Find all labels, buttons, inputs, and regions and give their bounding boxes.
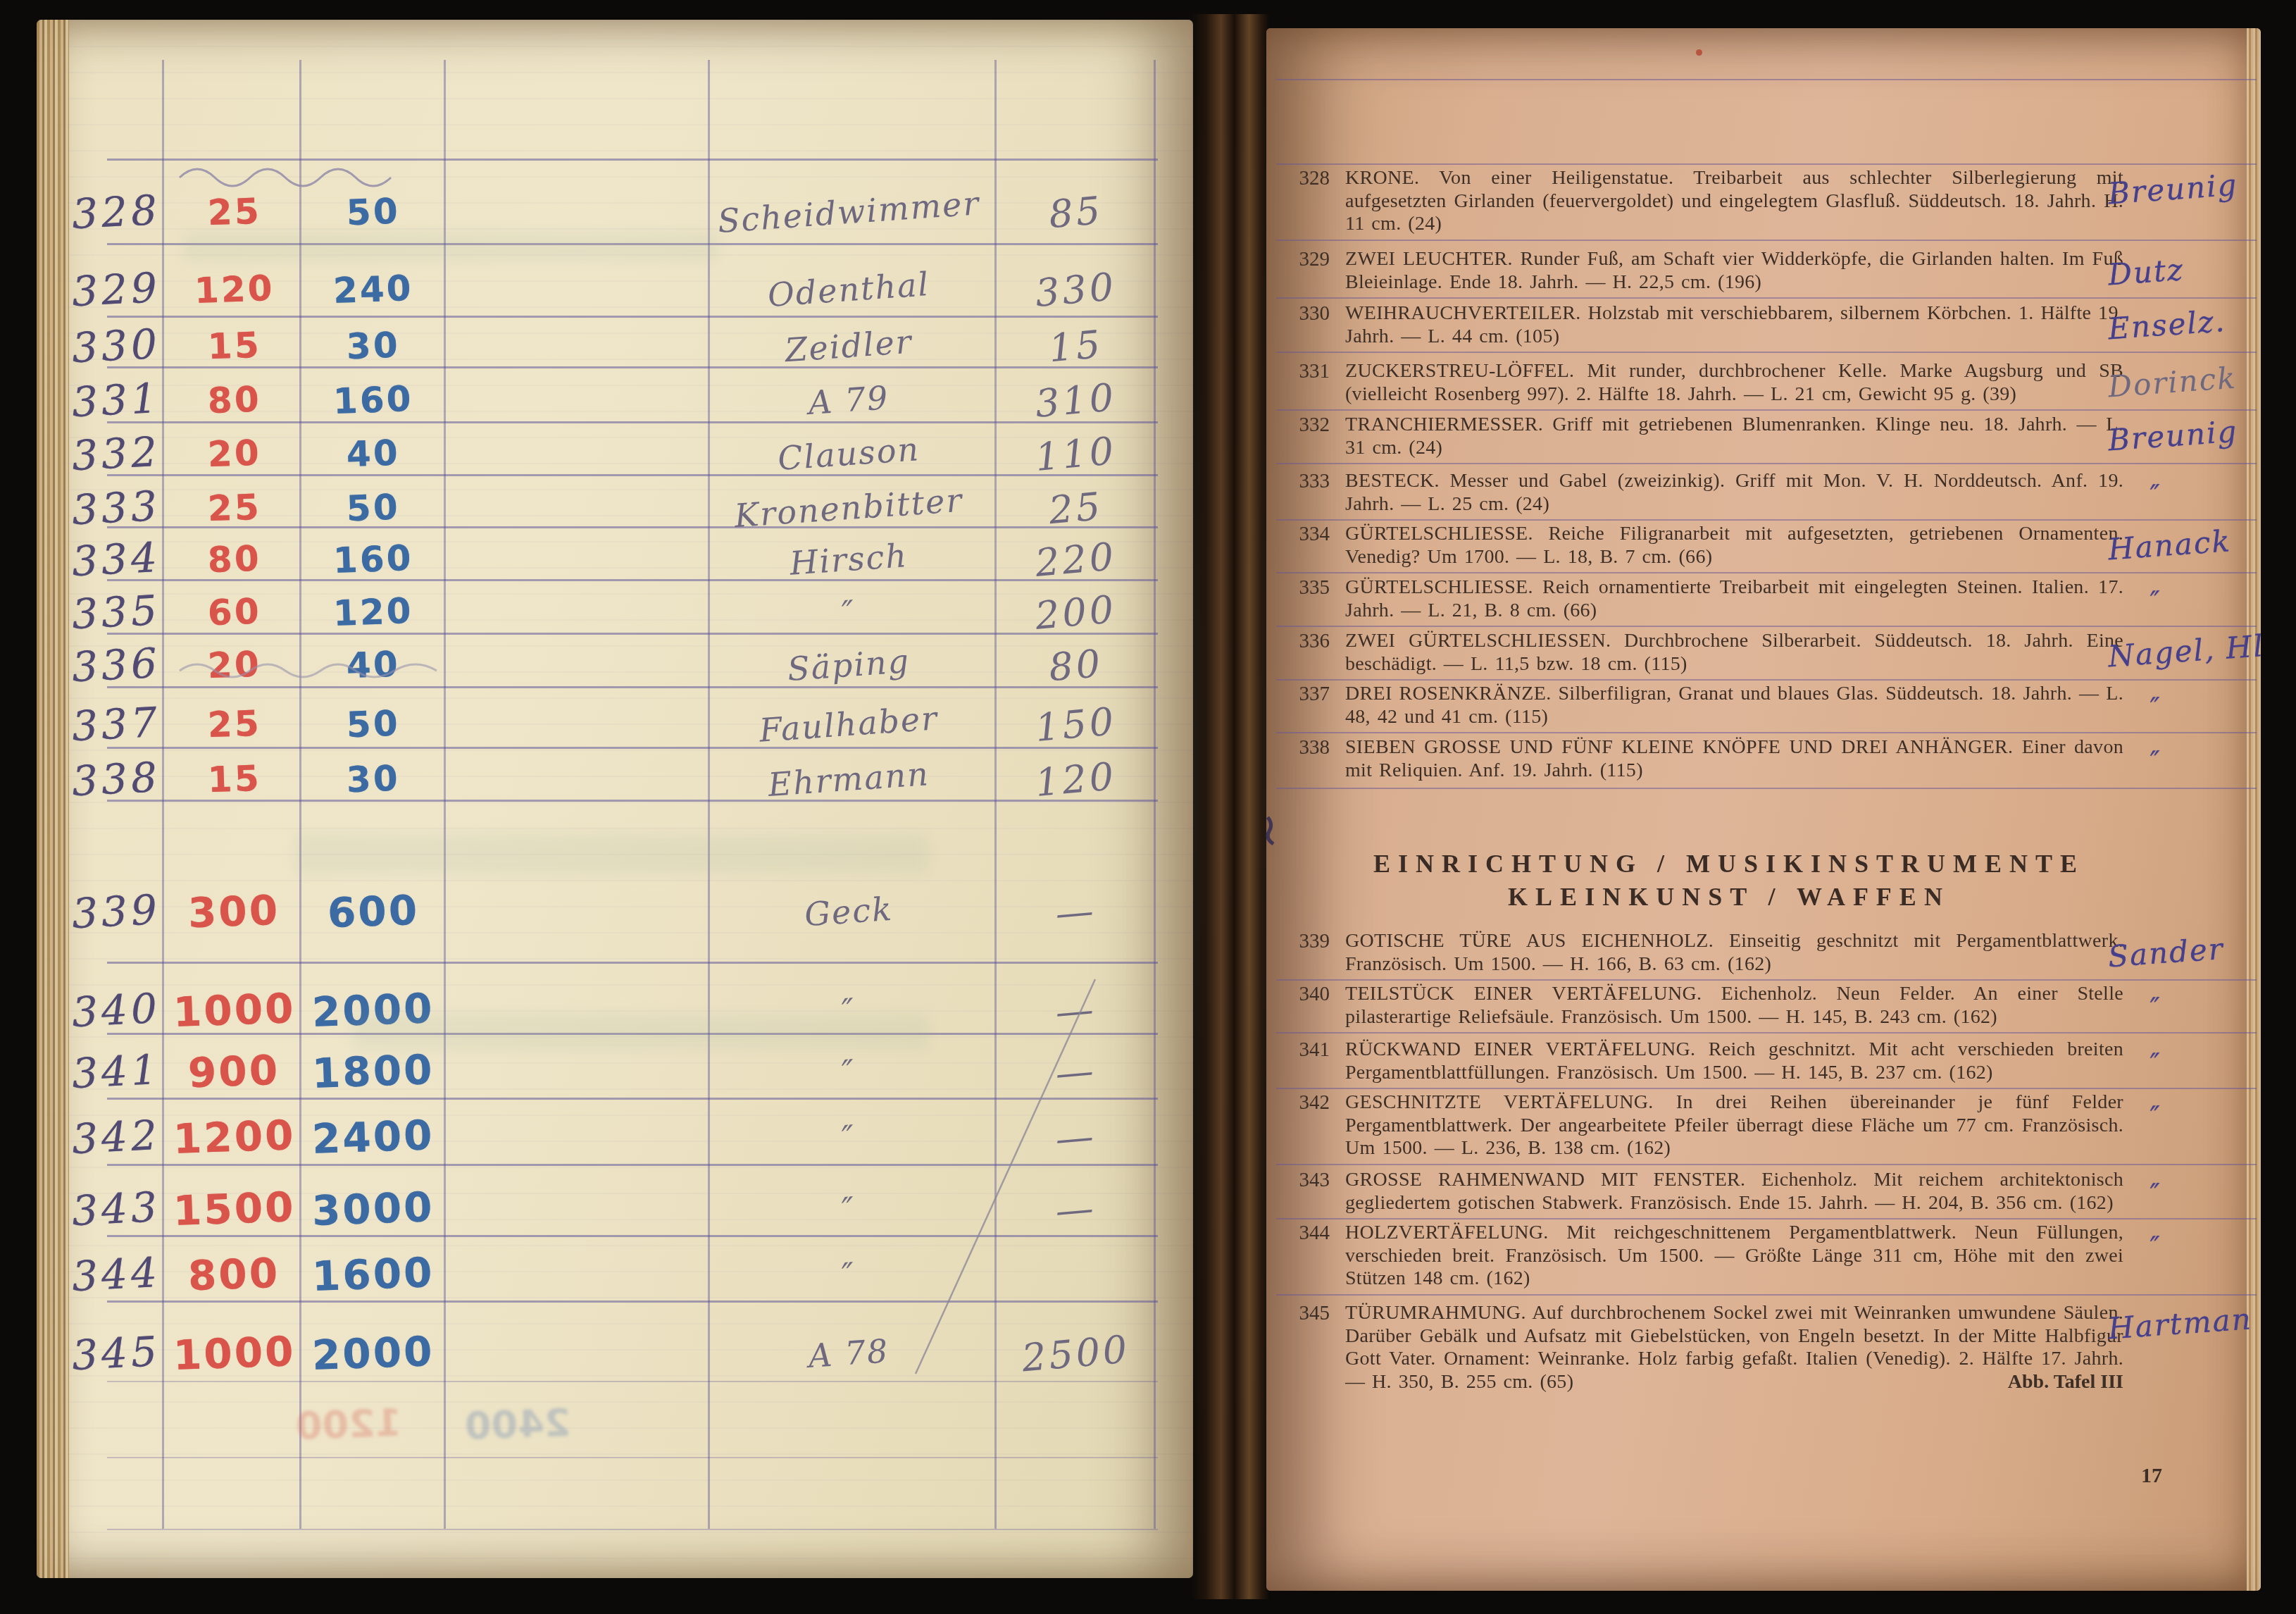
buyer-name: ″ xyxy=(703,1102,994,1172)
double-estimate-value: 50 xyxy=(303,483,444,533)
double-estimate-value: 30 xyxy=(303,754,444,805)
estimate-number: 20 xyxy=(207,644,262,687)
doubled-number: 50 xyxy=(346,487,401,530)
doubled-number: 40 xyxy=(346,433,401,476)
binding-gutter xyxy=(1192,14,1269,1599)
entry-number: 331 xyxy=(1269,360,1330,383)
margin-annotation: Dutz xyxy=(2107,244,2261,292)
entry-text: KRONE. Von einer Heiligenstatue. Treibar… xyxy=(1345,167,2123,236)
estimate-value: 20 xyxy=(169,640,299,690)
entry-number: 342 xyxy=(1269,1091,1330,1115)
estimate-number: 15 xyxy=(207,325,262,368)
doubled-number: 1800 xyxy=(311,1045,435,1098)
hammer-price: — xyxy=(994,1039,1156,1103)
estimate-value: 1000 xyxy=(169,985,299,1036)
estimate-value: 25 xyxy=(169,187,299,237)
bleed-through-smudge xyxy=(296,835,930,874)
entry-number: 341 xyxy=(1269,1038,1330,1062)
estimate-number: 120 xyxy=(194,268,275,311)
entry-text: SIEBEN GROSSE UND FÜNF KLEINE KNÖPFE UND… xyxy=(1345,736,2123,782)
entry-text: GÜRTELSCHLIESSE. Reich ornamentierte Tre… xyxy=(1345,576,2123,622)
red-speck xyxy=(1696,49,1702,56)
estimate-number: 300 xyxy=(187,886,280,937)
lot-number: 345 xyxy=(69,1326,163,1382)
hammer-price: 85 xyxy=(994,180,1156,244)
ledger-row-divider xyxy=(107,1529,1158,1530)
estimate-value: 15 xyxy=(169,321,299,371)
entry-text: ZUCKERSTREU-LÖFFEL. Mit runder, durchbro… xyxy=(1345,360,2123,406)
margin-annotation: ″ xyxy=(2150,679,2261,724)
margin-annotation: ″ xyxy=(2150,979,2261,1024)
entry-number: 339 xyxy=(1269,930,1330,953)
bleed-through-smudge xyxy=(183,232,718,261)
entry-divider xyxy=(1276,1218,2257,1219)
lot-number: 335 xyxy=(69,585,163,640)
margin-annotation: Hartman xyxy=(2107,1298,2261,1346)
lot-number: 341 xyxy=(69,1044,163,1100)
double-estimate-value: 1800 xyxy=(303,1046,444,1097)
entry-divider xyxy=(1276,163,2257,165)
double-estimate-value: 2400 xyxy=(303,1112,444,1162)
margin-annotation: ″ xyxy=(2150,1088,2261,1132)
section-heading-line2: KLEINKUNST / WAFFEN xyxy=(1303,882,2155,912)
doubled-number: 30 xyxy=(346,325,401,368)
estimate-value: 1500 xyxy=(169,1184,299,1234)
entry-text: GROSSE RAHMENWAND MIT FENSTER. Eichenhol… xyxy=(1345,1169,2123,1215)
doubled-number: 120 xyxy=(332,590,413,634)
ledger-row-divider xyxy=(107,962,1158,964)
estimate-number: 800 xyxy=(187,1249,280,1300)
lot-number: 344 xyxy=(69,1247,163,1303)
estimate-number: 60 xyxy=(207,591,262,634)
doubled-number: 160 xyxy=(332,378,413,422)
double-estimate-value: 160 xyxy=(303,375,444,426)
doubled-number: 30 xyxy=(346,758,401,801)
entry-divider xyxy=(1276,79,2257,80)
estimate-value: 300 xyxy=(169,886,299,937)
estimate-value: 1000 xyxy=(169,1328,299,1379)
entry-number: 344 xyxy=(1269,1222,1330,1245)
ledger-row-divider xyxy=(107,1300,1158,1303)
entry-text: GOTISCHE TÜRE AUS EICHENHOLZ. Einseitig … xyxy=(1345,930,2123,976)
buyer-name: ″ xyxy=(703,1239,994,1310)
margin-annotation: ″ xyxy=(2150,733,2261,777)
double-estimate-value: 120 xyxy=(303,587,444,638)
entry-divider xyxy=(1276,1088,2257,1089)
estimate-number: 25 xyxy=(207,487,262,530)
lot-number: 336 xyxy=(69,638,163,693)
estimate-value: 25 xyxy=(169,483,299,533)
lot-number: 328 xyxy=(69,185,163,240)
doubled-number: 2400 xyxy=(311,1111,435,1163)
estimate-value: 120 xyxy=(169,264,299,315)
entry-number: 332 xyxy=(1269,414,1330,437)
right-page-catalog: EINRICHTUNG / MUSIKINSTRUMENTE KLEINKUNS… xyxy=(1266,28,2261,1591)
bleed-through-red-number: 1200 xyxy=(295,1400,402,1448)
double-estimate-value: 3000 xyxy=(303,1184,444,1234)
ledger-column-divider xyxy=(444,60,446,1529)
margin-annotation: Breunig xyxy=(2107,410,2261,458)
lot-number: 342 xyxy=(69,1110,163,1165)
ledger-column-divider xyxy=(299,60,301,1529)
entry-text: GESCHNITZTE VERTÄFELUNG. In drei Reihen … xyxy=(1345,1091,2123,1160)
double-estimate-value: 2000 xyxy=(303,1328,444,1379)
margin-annotation: ″ xyxy=(2150,573,2261,617)
entry-text: TEILSTÜCK EINER VERTÄFELUNG. Eichenholz.… xyxy=(1345,983,2123,1029)
lot-number: 330 xyxy=(69,318,163,374)
plate-reference: Abb. Tafel III xyxy=(1859,1371,2123,1393)
hammer-price: — xyxy=(994,1105,1156,1169)
doubled-number: 240 xyxy=(332,268,413,311)
entry-divider xyxy=(1276,352,2257,353)
ledger-row-divider xyxy=(107,1457,1158,1458)
entry-divider xyxy=(1276,732,2257,733)
entry-divider xyxy=(1276,1032,2257,1033)
buyer-name: Scheidwimmer xyxy=(703,177,994,247)
buyer-name: A 78 xyxy=(703,1318,994,1389)
lot-number: 339 xyxy=(69,884,163,940)
estimate-number: 25 xyxy=(207,191,262,234)
estimate-value: 900 xyxy=(169,1046,299,1097)
entry-number: 328 xyxy=(1269,167,1330,190)
margin-annotation: Enselz. xyxy=(2107,299,2261,347)
lot-number: 333 xyxy=(69,480,163,536)
hammer-price: — xyxy=(994,879,1156,943)
estimate-value: 1200 xyxy=(169,1112,299,1162)
estimate-value: 15 xyxy=(169,754,299,805)
entry-number: 340 xyxy=(1269,983,1330,1006)
buyer-name: Geck xyxy=(703,876,994,947)
estimate-number: 1000 xyxy=(173,984,297,1036)
estimate-number: 1000 xyxy=(173,1327,297,1379)
doubled-number: 40 xyxy=(346,644,401,687)
estimate-value: 60 xyxy=(169,587,299,638)
entry-text: ZWEI LEUCHTER. Runder Fuß, am Schaft vie… xyxy=(1345,248,2123,294)
double-estimate-value: 1600 xyxy=(303,1249,444,1300)
entry-number: 335 xyxy=(1269,576,1330,600)
entry-divider xyxy=(1276,626,2257,627)
entry-text: DREI ROSENKRÄNZE. Silberfiligran, Granat… xyxy=(1345,683,2123,728)
estimate-value: 80 xyxy=(169,534,299,585)
entry-number: 338 xyxy=(1269,736,1330,759)
estimate-value: 25 xyxy=(169,699,299,750)
entry-text: TRANCHIERMESSER. Griff mit getriebenen B… xyxy=(1345,414,2123,459)
estimate-number: 80 xyxy=(207,538,262,581)
entry-number: 333 xyxy=(1269,470,1330,493)
entry-text: RÜCKWAND EINER VERTÄFELUNG. Reich geschn… xyxy=(1345,1038,2123,1084)
entry-divider xyxy=(1276,463,2257,464)
lot-number: 340 xyxy=(69,983,163,1038)
section-heading-line1: EINRICHTUNG / MUSIKINSTRUMENTE xyxy=(1303,849,2155,879)
doubled-number: 50 xyxy=(346,191,401,234)
lot-number: 338 xyxy=(69,752,163,807)
estimate-number: 15 xyxy=(207,758,262,801)
double-estimate-value: 240 xyxy=(303,264,444,315)
lot-number: 343 xyxy=(69,1181,163,1237)
lot-number: 331 xyxy=(69,373,163,428)
margin-annotation: Dorinck xyxy=(2107,356,2261,404)
margin-annotation: Nagel, Hl. xyxy=(2107,626,2261,674)
double-estimate-value: 30 xyxy=(303,321,444,371)
entry-divider xyxy=(1276,788,2257,789)
margin-annotation: Hanack xyxy=(2107,519,2261,567)
bleed-through-smudge xyxy=(352,1014,930,1050)
estimate-number: 25 xyxy=(207,703,262,746)
estimate-value: 80 xyxy=(169,375,299,426)
entry-number: 345 xyxy=(1269,1302,1330,1325)
margin-annotation: Breunig xyxy=(2107,163,2261,211)
entry-divider xyxy=(1276,1294,2257,1296)
page-number: 17 xyxy=(2099,1464,2162,1488)
entry-number: 330 xyxy=(1269,302,1330,325)
estimate-value: 800 xyxy=(169,1249,299,1300)
entry-divider xyxy=(1276,240,2257,241)
buyer-name: ″ xyxy=(703,1174,994,1244)
margin-annotation: ″ xyxy=(2150,1165,2261,1210)
hammer-price: — xyxy=(994,1177,1156,1241)
entry-text: ZWEI GÜRTELSCHLIESSEN. Durchbrochene Sil… xyxy=(1345,630,2123,676)
hammer-price: 2500 xyxy=(994,1321,1156,1385)
doubled-number: 600 xyxy=(327,886,420,937)
double-estimate-value: 160 xyxy=(303,534,444,585)
hammer-price: 330 xyxy=(994,257,1156,321)
double-estimate-value: 40 xyxy=(303,428,444,479)
left-page-ledger: 3282550Scheidwimmer85329120240Odenthal33… xyxy=(37,20,1193,1578)
entry-divider xyxy=(1276,679,2257,681)
estimate-number: 80 xyxy=(207,379,262,422)
margin-annotation: Sander xyxy=(2107,926,2261,974)
double-estimate-value: 50 xyxy=(303,699,444,750)
entry-text: HOLZVERTÄFELUNG. Mit reichgeschnittenem … xyxy=(1345,1222,2123,1291)
doubled-number: 3000 xyxy=(311,1183,435,1235)
double-estimate-value: 50 xyxy=(303,187,444,237)
estimate-value: 20 xyxy=(169,428,299,479)
entry-number: 337 xyxy=(1269,683,1330,706)
doubled-number: 1600 xyxy=(311,1248,435,1300)
estimate-number: 1200 xyxy=(173,1111,297,1163)
entry-divider xyxy=(1276,409,2257,411)
entry-divider xyxy=(1276,297,2257,299)
doubled-number: 2000 xyxy=(311,1327,435,1379)
double-estimate-value: 40 xyxy=(303,640,444,690)
lot-number: 332 xyxy=(69,426,163,482)
lot-number: 334 xyxy=(69,532,163,588)
entry-divider xyxy=(1276,1164,2257,1165)
entry-number: 343 xyxy=(1269,1169,1330,1192)
entry-text: BESTECK. Messer und Gabel (zweizinkig). … xyxy=(1345,470,2123,516)
doubled-number: 50 xyxy=(346,703,401,746)
doubled-number: 160 xyxy=(332,538,413,581)
margin-annotation: ″ xyxy=(2150,1218,2261,1262)
lot-number: 337 xyxy=(69,697,163,752)
entry-divider xyxy=(1276,519,2257,521)
entry-number: 334 xyxy=(1269,523,1330,546)
entry-divider xyxy=(1276,979,2257,981)
entry-text: GÜRTELSCHLIESSE. Reiche Filigranarbeit m… xyxy=(1345,523,2123,569)
entry-text: WEIHRAUCHVERTEILER. Holzstab mit verschi… xyxy=(1345,302,2123,348)
bleed-through-blue-number: 2400 xyxy=(464,1400,571,1448)
entry-number: 336 xyxy=(1269,630,1330,653)
entry-number: 329 xyxy=(1269,248,1330,271)
margin-annotation: ″ xyxy=(2150,1035,2261,1079)
estimate-number: 1500 xyxy=(173,1183,297,1235)
catalog-scan: 3282550Scheidwimmer85329120240Odenthal33… xyxy=(0,0,2296,1614)
margin-annotation: ″ xyxy=(2150,466,2261,511)
estimate-number: 20 xyxy=(207,433,262,476)
entry-divider xyxy=(1276,572,2257,573)
ledger-row-divider xyxy=(107,159,1158,161)
estimate-number: 900 xyxy=(187,1046,280,1097)
lot-number: 329 xyxy=(69,262,163,318)
double-estimate-value: 600 xyxy=(303,886,444,937)
page-stack-edge xyxy=(37,20,69,1578)
